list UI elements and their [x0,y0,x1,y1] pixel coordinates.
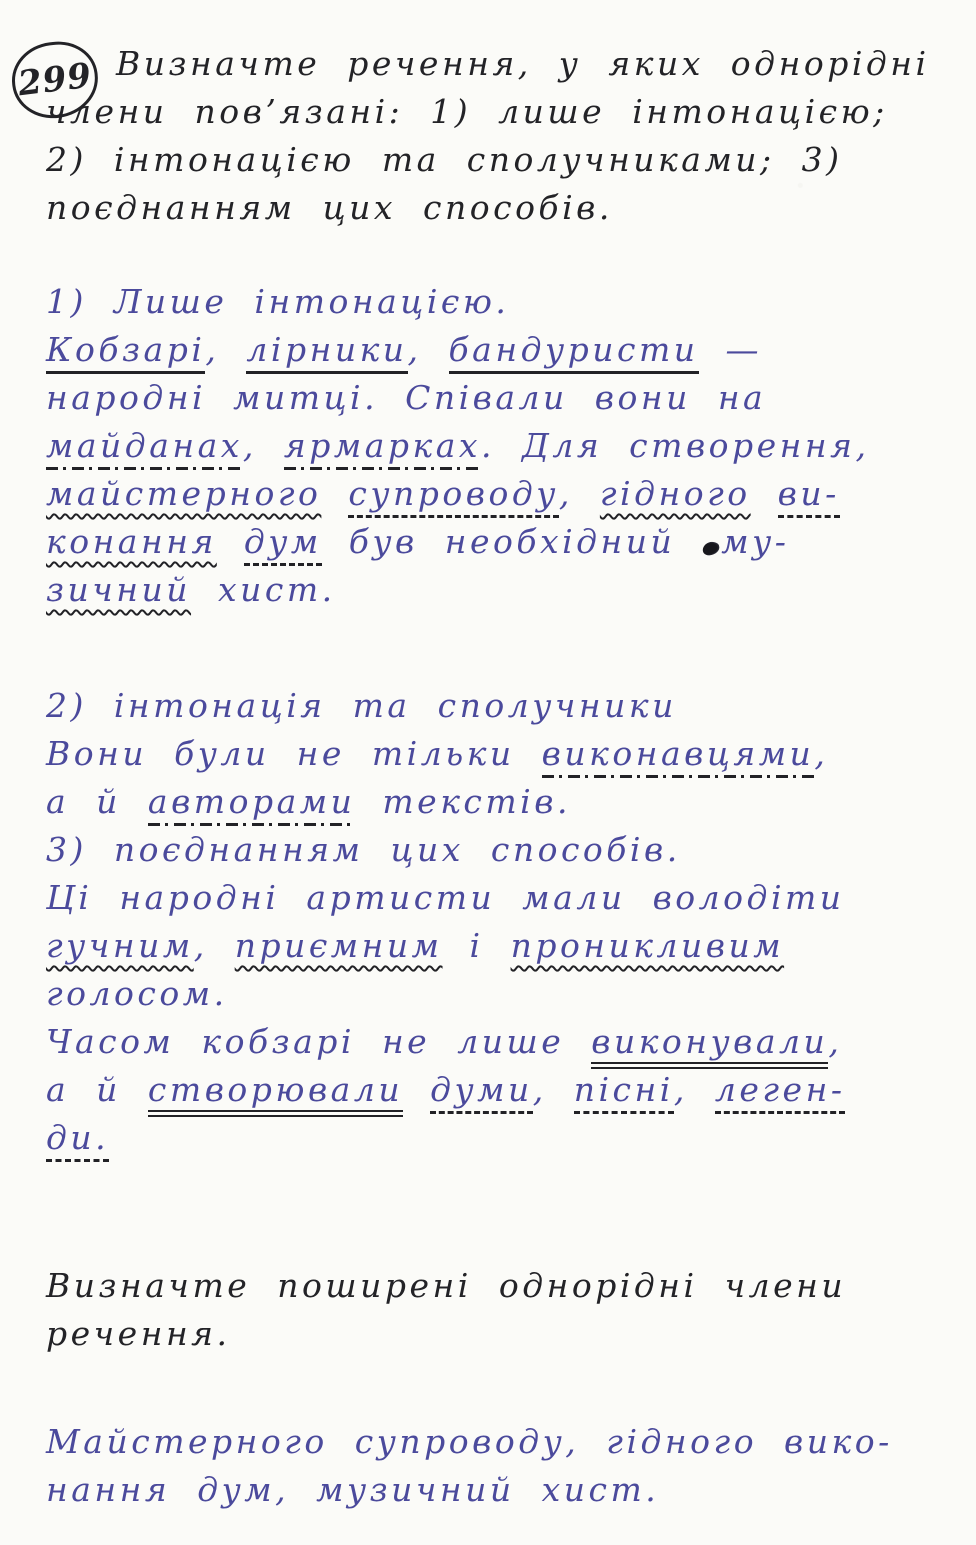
handwritten-line: поєднанням цих способів. [46,184,952,232]
text-segment: 1) Лише інтонацією. [46,282,509,321]
text-segment [403,1070,430,1109]
underlined-word: майданах [46,426,243,470]
text-segment: , [205,330,246,369]
handwritten-line: народні митці. Співали вони на [46,374,952,422]
underlined-word: створювали [148,1070,403,1117]
underlined-word: бандуристи [449,330,699,374]
underlined-word: ви- [778,474,840,518]
text-segment: Майстерного супроводу, гідного вико- [46,1422,893,1461]
section-solution-1: 1) Лише інтонацією.Кобзарі, лірники, бан… [46,278,952,614]
handwritten-line: Ці народні артисти мали володіти [46,874,952,922]
handwritten-line: майданах, ярмарках. Для створення, [46,422,952,470]
handwritten-line: зичний хист. [46,566,952,614]
text-segment: , [559,474,600,513]
text-segment: речення. [46,1314,231,1353]
underlined-word: майстерного [46,474,321,513]
handwritten-line: 2) інтонацією та сполучниками; 3) [46,136,952,184]
text-segment: , [828,1022,842,1061]
text-segment: Ці народні артисти мали володіти [46,878,845,917]
text-segment: Визначте поширені однорідні члени [46,1266,846,1305]
text-segment: 3) поєднанням цих способів. [46,830,681,869]
underlined-word: виконували [591,1022,828,1069]
handwritten-line: Часом кобзарі не лише виконували, [46,1018,952,1066]
handwritten-line: 3) поєднанням цих способів. [46,826,952,874]
text-segment: і [443,926,511,965]
text-segment: Визначте речення, у яких однорідні [116,44,930,83]
underlined-word: конання [46,522,217,561]
notebook-page: 299 Визначте речення, у яких одноріднічл… [0,0,976,1545]
handwritten-line: конання дум був необхідний му- [46,518,952,566]
underlined-word: проникливим [511,926,785,965]
handwritten-line: Вони були не тільки виконавцями, [46,730,952,778]
handwritten-line: ди. [46,1114,952,1162]
handwritten-line: нання дум, музичний хист. [46,1466,952,1514]
handwritten-line: Визначте поширені однорідні члени [46,1262,952,1310]
underlined-word: гучним [46,926,194,965]
handwritten-line: 1) Лише інтонацією. [46,278,952,326]
handwritten-line: а й створювали думи, пісні, леген- [46,1066,952,1114]
text-segment: Часом кобзарі не лише [46,1022,591,1061]
text-segment: Вони були не тільки [46,734,542,773]
text-segment: , [243,426,284,465]
underlined-word: ди. [46,1118,109,1162]
handwritten-line: голосом. [46,970,952,1018]
underlined-word: виконавцями [542,734,815,778]
text-segment: , [533,1070,574,1109]
underlined-word: пісні [574,1070,674,1114]
text-segment: , [408,330,449,369]
underlined-word: думи [430,1070,533,1114]
text-segment: члени пов’язані: 1) лише інтонацією; [46,92,888,131]
underlined-word: приємним [235,926,443,965]
text-segment: нання дум, музичний хист. [46,1470,659,1509]
handwritten-line: Визначте речення, у яких однорідні [116,40,952,88]
text-segment [217,522,244,561]
text-segment: , [674,1070,715,1109]
text-segment [321,474,348,513]
underlined-word: Кобзарі [46,330,205,374]
handwritten-line: речення. [46,1310,952,1358]
ink-blot [701,540,721,557]
text-segment: , [194,926,235,965]
text-segment: му- [721,522,789,561]
handwritten-line: Майстерного супроводу, гідного вико- [46,1418,952,1466]
section-task-1: Визначте речення, у яких одноріднічлени … [46,40,952,232]
text-segment: поєднанням цих способів. [46,188,613,227]
text-segment [751,474,778,513]
underlined-word: зичний [46,570,191,609]
text-segment: — [699,330,763,369]
handwritten-line: члени пов’язані: 1) лише інтонацією; [46,88,952,136]
handwritten-line: гучним, приємним і проникливим [46,922,952,970]
text-segment: народні митці. Співали вони на [46,378,766,417]
underlined-word: ярмарках [284,426,481,470]
underlined-word: дум [244,522,322,566]
handwritten-line: а й авторами текстів. [46,778,952,826]
handwriting-sections: Визначте речення, у яких одноріднічлени … [46,40,952,1514]
text-segment: а й [46,1070,148,1109]
text-segment: 2) інтонація та сполучники [46,686,677,725]
text-segment: був необхідний [322,522,703,561]
section-answer-2: Майстерного супроводу, гідного вико-нанн… [46,1418,952,1514]
underlined-word: супроводу [348,474,559,518]
section-task-2: Визначте поширені однорідні члениречення… [46,1262,952,1358]
text-segment: голосом. [46,974,228,1013]
text-segment: 2) інтонацією та сполучниками; 3) [46,140,843,179]
handwritten-line: Кобзарі, лірники, бандуристи — [46,326,952,374]
text-segment: текстів. [355,782,571,821]
handwritten-line: 2) інтонація та сполучники [46,682,952,730]
underlined-word: гідного [600,474,751,513]
section-solution-2-3: 2) інтонація та сполучникиВони були не т… [46,682,952,1162]
handwritten-line: майстерного супроводу, гідного ви- [46,470,952,518]
text-segment: а й [46,782,148,821]
text-segment: хист. [191,570,336,609]
underlined-word: леген- [715,1070,846,1114]
underlined-word: лірники [246,330,407,374]
underlined-word: авторами [148,782,355,826]
text-segment: , [814,734,828,773]
text-segment: . Для створення, [481,426,869,465]
